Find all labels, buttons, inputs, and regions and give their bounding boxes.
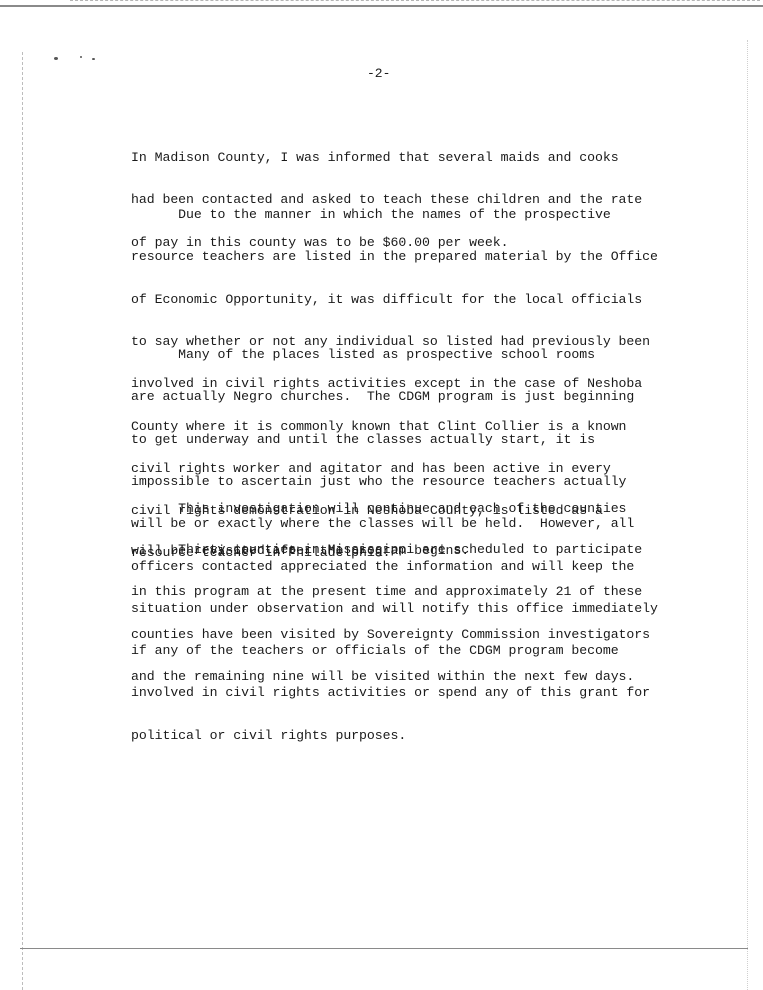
text-line: Due to the manner in which the names of … — [131, 208, 658, 222]
text-line: of Economic Opportunity, it was difficul… — [131, 293, 658, 307]
text-line: political or civil rights purposes. — [131, 729, 658, 743]
text-line: counties have been visited by Sovereignt… — [131, 628, 650, 642]
scan-left-margin — [22, 52, 24, 990]
paragraph-thirty-counties: Thirty counties in Mississippi are sched… — [131, 515, 650, 698]
scan-bottom-rule — [20, 948, 748, 949]
scan-speck — [92, 58, 95, 60]
scan-top-edge — [70, 0, 760, 2]
page-number: -2- — [367, 66, 390, 81]
scan-speck — [54, 57, 58, 60]
scan-top-rule — [0, 5, 763, 7]
text-line: to get underway and until the classes ac… — [131, 433, 658, 447]
text-line: Many of the places listed as prospective… — [131, 348, 658, 362]
text-line: in this program at the present time and … — [131, 585, 650, 599]
text-line: are actually Negro churches. The CDGM pr… — [131, 390, 658, 404]
text-line: In Madison County, I was informed that s… — [131, 151, 642, 165]
scan-speck — [80, 56, 82, 58]
text-line: and the remaining nine will be visited w… — [131, 670, 650, 684]
scan-right-margin — [747, 40, 749, 990]
text-line: Thirty counties in Mississippi are sched… — [131, 543, 650, 557]
text-line: resource teachers are listed in the prep… — [131, 250, 658, 264]
